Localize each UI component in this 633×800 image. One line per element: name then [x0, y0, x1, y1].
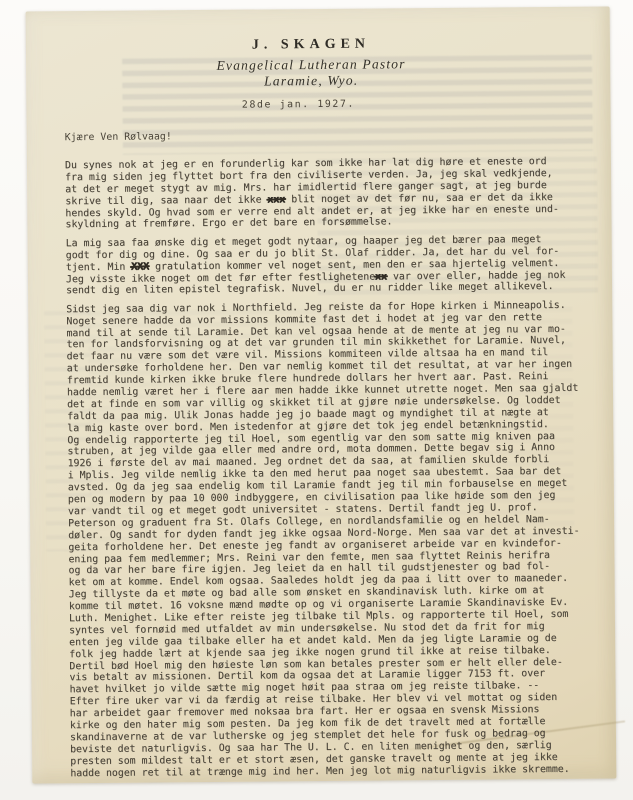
letterhead: J. SKAGEN Evangelical Lutheran Pastor La… [26, 35, 596, 92]
letter-page: J. SKAGEN Evangelical Lutheran Pastor La… [26, 6, 617, 783]
typed-text: skrive til dig, saa naar det ikke [65, 194, 267, 207]
overstruck-text: xxx [267, 194, 285, 205]
paragraph: Du synes nok at jeg er en forunderlig ka… [65, 156, 590, 232]
typed-text: var over eller, hadde jeg nok [387, 269, 565, 282]
letterhead-name: J. SKAGEN [26, 35, 596, 56]
letter-body: Du synes nok at jeg er en forunderlig ka… [65, 156, 594, 786]
scan-background: J. SKAGEN Evangelical Lutheran Pastor La… [0, 0, 633, 800]
typed-text: tjent. Min [66, 261, 131, 273]
paragraph: La mig saa faa ønske dig et meget godt n… [66, 233, 590, 297]
typed-text: blit noget av det før nu, saa er det da … [285, 192, 553, 205]
typed-line: skyldning at fremføre. Ergo er det bare … [65, 215, 589, 231]
paragraph: Sidst jeg saa dig var nok i Northfield. … [66, 299, 594, 779]
salutation: Kjære Ven Rølvaag! [65, 131, 172, 143]
date-line: 28de jan. 1927. [26, 97, 570, 113]
overstruck-text: xx [375, 271, 387, 282]
overstruck-text: XXX [131, 261, 149, 272]
